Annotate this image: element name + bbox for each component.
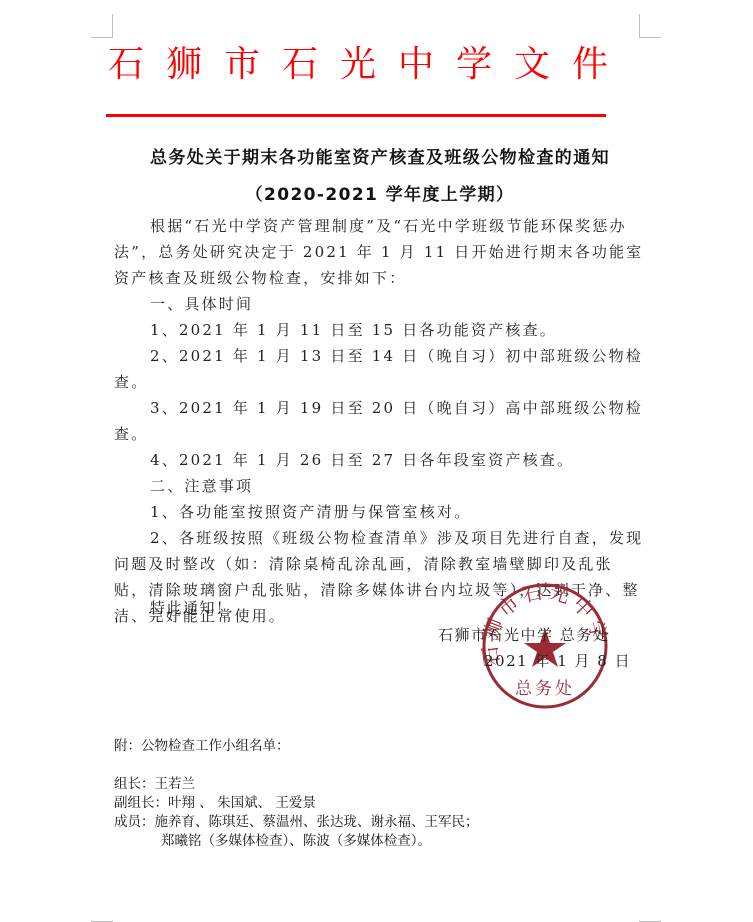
signature-date: 2021 年 1 月 8 日 <box>484 650 631 671</box>
section2-heading: 二、注意事项 <box>114 473 646 499</box>
appendix-deputy: 副组长：叶翔 、 朱国斌、 王爱景 <box>114 794 479 813</box>
section1-heading: 一、具体时间 <box>114 291 646 317</box>
notice-subtitle: （2020-2021 学年度上学期） <box>100 180 660 205</box>
section1-item: 4、2021 年 1 月 26 日至 27 日各年段室资产核查。 <box>114 447 646 473</box>
appendix-members: 成员：施养育、陈琪廷、蔡温州、张达珑、谢永福、王军民； <box>114 813 479 832</box>
section1-item: 2、2021 年 1 月 13 日至 14 日（晚自习）初中部班级公物检查。 <box>114 343 646 395</box>
closing-line: 特此通知！ <box>150 597 233 618</box>
appendix-members-continued: 郑曦铭（多媒体检查）、陈波（多媒体检查）。 <box>114 832 479 851</box>
appendix-leader: 组长：王若兰 <box>114 775 479 794</box>
svg-text:总务处: 总务处 <box>515 679 575 699</box>
official-seal-icon: 石狮市石光中学 总务处 <box>481 582 609 710</box>
notice-title: 总务处关于期末各功能室资产核查及班级公物检查的通知 <box>100 143 660 168</box>
appendix-heading: 附：公物检查工作小组名单： <box>114 737 479 756</box>
section2-item: 1、各功能室按照资产清册与保管室核对。 <box>114 499 646 525</box>
notice-body: 根据“石光中学资产管理制度”及“石光中学班级节能环保奖惩办法”，总务处研究决定于… <box>114 213 646 629</box>
section1-item: 1、2021 年 1 月 11 日至 15 日各功能资产核查。 <box>114 317 646 343</box>
corner-mark-top-left-v <box>112 14 113 37</box>
appendix: 附：公物检查工作小组名单： 组长：王若兰 副组长：叶翔 、 朱国斌、 王爱景 成… <box>114 737 479 851</box>
corner-mark-top-right-v <box>639 14 640 37</box>
letterhead-title: 石狮市石光中学文件 <box>108 42 618 88</box>
signature-org: 石狮市石光中学 总务处 <box>438 624 609 645</box>
letterhead-rule <box>106 114 606 117</box>
corner-mark-top-right-h <box>639 37 661 38</box>
section1-item: 3、2021 年 1 月 19 日至 20 日（晚自习）高中部班级公物检查。 <box>114 395 646 447</box>
corner-mark-top-left-h <box>91 37 113 38</box>
intro-paragraph: 根据“石光中学资产管理制度”及“石光中学班级节能环保奖惩办法”，总务处研究决定于… <box>114 213 646 291</box>
